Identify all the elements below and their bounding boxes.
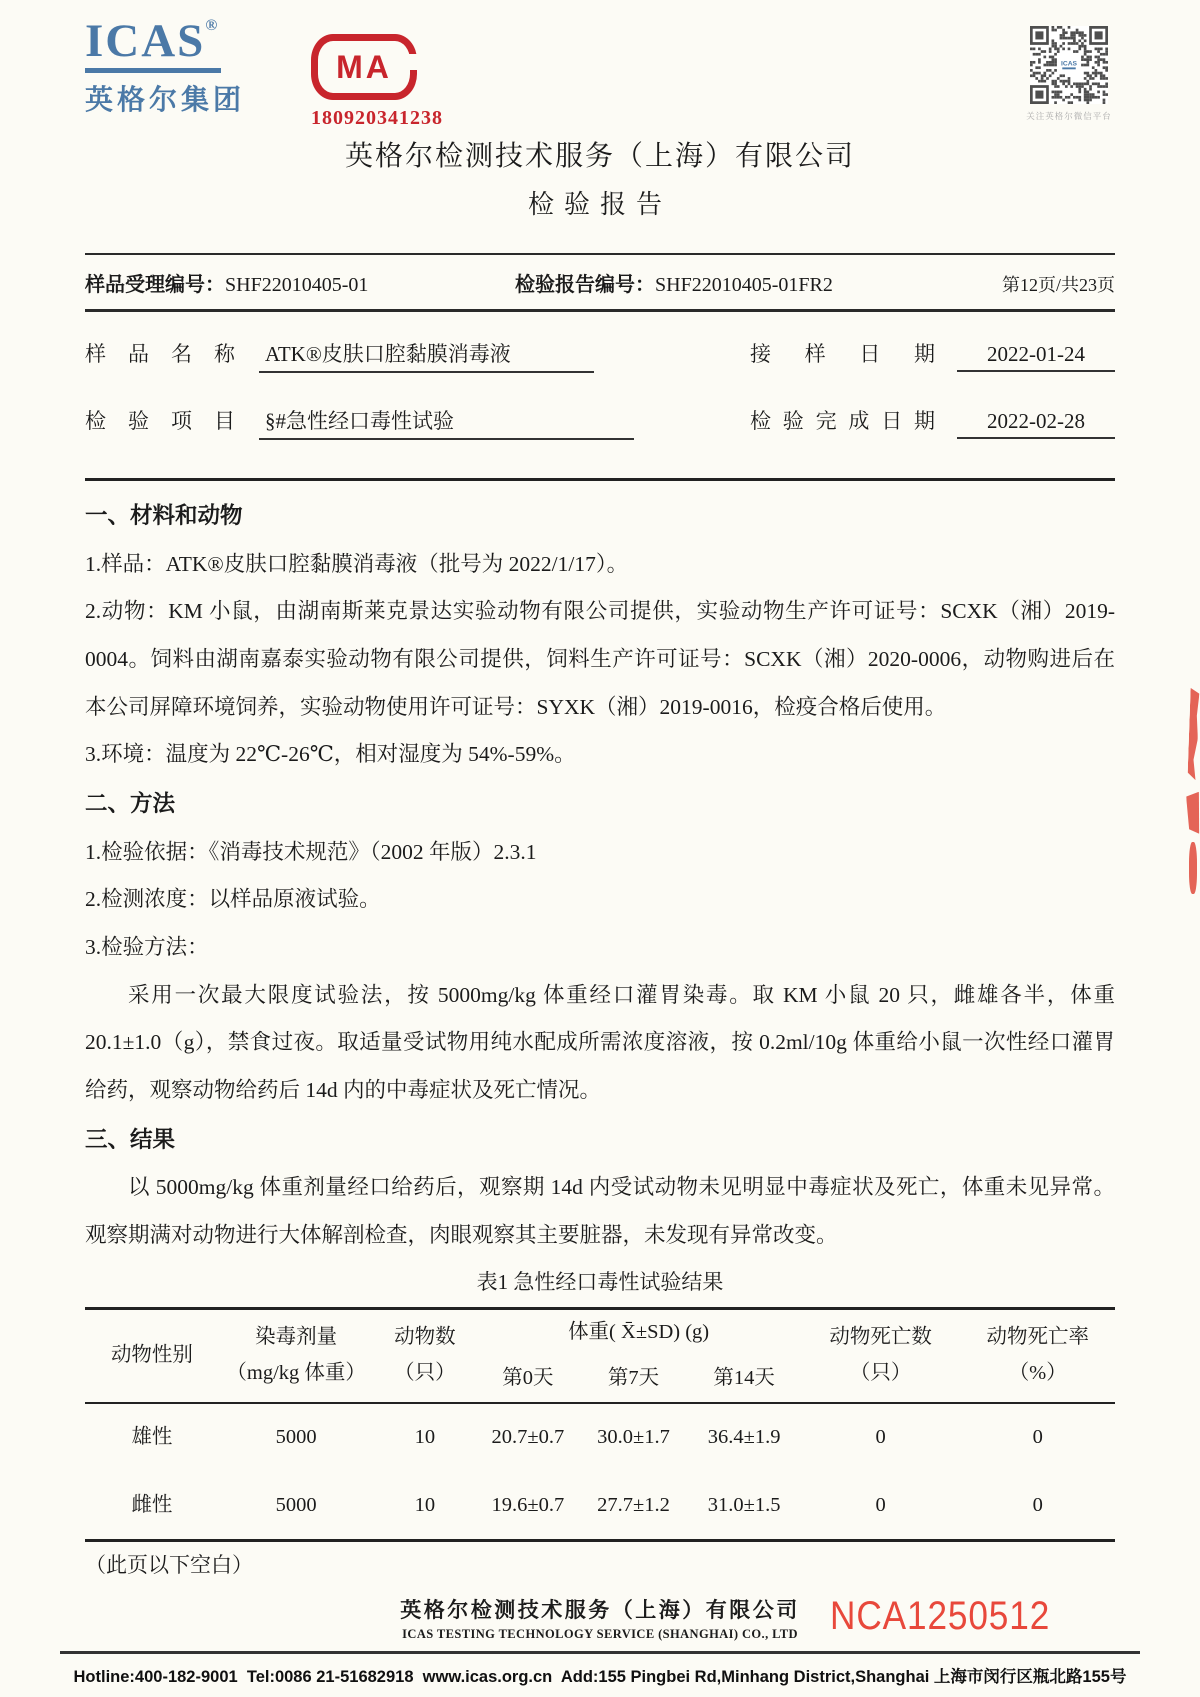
table-cell: 5000 [219,1472,374,1541]
complete-date-label: 检 验 完 成 日 期 [750,405,935,435]
col-header-deaths: 动物死亡数（只） [801,1309,961,1403]
qr-caption: 关注英格尔微信平台 [1023,110,1115,122]
footer-cert-number: NCA1250512 [830,1594,1050,1639]
table-cell: 0 [960,1472,1115,1541]
test-item-value: §#急性经口毒性试验 [259,405,634,440]
report-number-value: SHF22010405-01FR2 [655,274,833,296]
col-header-dose: 染毒剂量（mg/kg 体重） [219,1309,374,1403]
report-title: 检验报告 [85,184,1115,221]
icas-logo-wordmark: ICAS® [85,18,221,73]
cma-mark-letters: MA [336,49,392,86]
col-header-death-rate: 动物死亡率（%） [960,1309,1115,1403]
sample-info: 样 品 名 称 ATK®皮肤口腔黏膜消毒液 接 样 日 期 2022-01-24… [85,312,1115,476]
blank-page-note: （此页以下空白） [85,1542,1115,1589]
col-header-day0: 第0天 [476,1356,579,1403]
cma-certificate-number: 180920341238 [311,107,443,130]
red-stamp-fragment [1187,688,1199,780]
section-2-title: 二、方法 [85,779,1115,829]
table-cell: 雄性 [85,1403,219,1472]
meta-row: 样品受理编号：SHF22010405-01 检验报告编号：SHF22010405… [85,253,1115,312]
registered-trademark-icon: ® [205,17,219,34]
col-header-weight-group: 体重( X̄±SD) (g) [476,1309,800,1356]
red-stamp-fragment [1189,842,1197,894]
cma-mark-icon: MA [311,34,417,100]
complete-date-value: 2022-02-28 [957,409,1115,439]
svg-text:ICAS: ICAS [1061,60,1078,67]
table-cell: 20.7±0.7 [476,1403,579,1472]
col-header-sex: 动物性别 [85,1309,219,1403]
section-1-title: 一、材料和动物 [85,491,1115,541]
sample-acceptance-number-value: SHF22010405-01 [225,274,368,296]
page-footer: 英格尔检测技术服务（上海）有限公司 ICAS TESTING TECHNOLOG… [60,1594,1140,1687]
table-cell: 27.7±1.2 [579,1472,687,1541]
section-3-title: 三、结果 [85,1115,1115,1165]
icas-logo: ICAS® 英格尔集团 [85,18,285,118]
table-caption: 表1 急性经口毒性试验结果 [85,1266,1115,1300]
table-cell: 0 [960,1403,1115,1472]
page-indicator: 第12页/共23页 [1002,271,1115,297]
paragraph-basis: 1.检验依据：《消毒技术规范》（2002 年版）2.3.1 [85,829,1115,877]
sample-acceptance-number: 样品受理编号：SHF22010405-01 [85,268,515,297]
paragraph-method-label: 3.检验方法： [85,924,1115,972]
table-cell: 10 [373,1403,476,1472]
report-number-label: 检验报告编号： [515,274,655,296]
report-page: ICAS® 英格尔集团 MA 180920341238 ICAS [0,0,1200,1697]
test-item-label: 检 验 项 目 [85,405,235,435]
paragraph-result: 以 5000mg/kg 体重剂量经口给药后，观察期 14d 内受试动物未见明显中… [85,1164,1115,1259]
section-divider [85,478,1115,481]
table-cell: 36.4±1.9 [688,1403,801,1472]
paragraph-environment: 3.环境：温度为 22℃-26℃，相对湿度为 54%-59%。 [85,731,1115,779]
table-cell: 10 [373,1472,476,1541]
sample-acceptance-number-label: 样品受理编号： [85,274,225,296]
sample-name-label: 样 品 名 称 [85,338,235,368]
col-header-count: 动物数（只） [373,1309,476,1403]
report-number: 检验报告编号：SHF22010405-01FR2 [515,268,1002,297]
qr-code-icon: ICAS [1030,26,1108,104]
table-cell: 19.6±0.7 [476,1472,579,1541]
table-row-female: 雌性 5000 10 19.6±0.7 27.7±1.2 31.0±1.5 0 … [85,1472,1115,1541]
results-table: 动物性别 染毒剂量（mg/kg 体重） 动物数（只） 体重( X̄±SD) (g… [85,1307,1115,1542]
paragraph-animals: 2.动物：KM 小鼠，由湖南斯莱克景达实验动物有限公司提供，实验动物生产许可证号… [85,588,1115,731]
sample-name-value: ATK®皮肤口腔黏膜消毒液 [259,338,594,373]
paragraph-sample: 1.样品：ATK®皮肤口腔黏膜消毒液（批号为 2022/1/17）。 [85,541,1115,589]
table-cell: 31.0±1.5 [688,1472,801,1541]
paragraph-method-detail: 采用一次最大限度试验法，按 5000mg/kg 体重经口灌胃染毒。取 KM 小鼠… [85,972,1115,1115]
icas-logo-subtitle: 英格尔集团 [85,78,285,118]
table-cell: 0 [801,1403,961,1472]
qr-block: ICAS 关注英格尔微信平台 [1023,18,1115,122]
col-header-day14: 第14天 [688,1356,801,1403]
table-cell: 5000 [219,1403,374,1472]
footer-divider [60,1651,1140,1654]
paragraph-concentration: 2.检测浓度：以样品原液试验。 [85,876,1115,924]
table-row-male: 雄性 5000 10 20.7±0.7 30.0±1.7 36.4±1.9 0 … [85,1403,1115,1472]
page-header: ICAS® 英格尔集团 MA 180920341238 ICAS [85,18,1115,130]
company-title: 英格尔检测技术服务（上海）有限公司 [85,134,1115,174]
test-item-row: 检 验 项 目 §#急性经口毒性试验 检 验 完 成 日 期 2022-02-2… [85,405,1115,440]
red-stamp-fragment [1186,792,1200,835]
sample-name-row: 样 品 名 称 ATK®皮肤口腔黏膜消毒液 接 样 日 期 2022-01-24 [85,338,1115,373]
table-cell: 雌性 [85,1472,219,1541]
receive-date-value: 2022-01-24 [957,342,1115,372]
receive-date-label: 接 样 日 期 [750,338,935,368]
icas-logo-text: ICAS [85,15,205,67]
footer-contact: Hotline:400-182-9001 Tel:0086 21-5168291… [60,1663,1140,1687]
report-body: 一、材料和动物 1.样品：ATK®皮肤口腔黏膜消毒液（批号为 2022/1/17… [85,491,1115,1589]
table-cell: 30.0±1.7 [579,1403,687,1472]
cma-mark: MA 180920341238 [311,18,443,130]
table-cell: 0 [801,1472,961,1541]
col-header-day7: 第7天 [579,1356,687,1403]
